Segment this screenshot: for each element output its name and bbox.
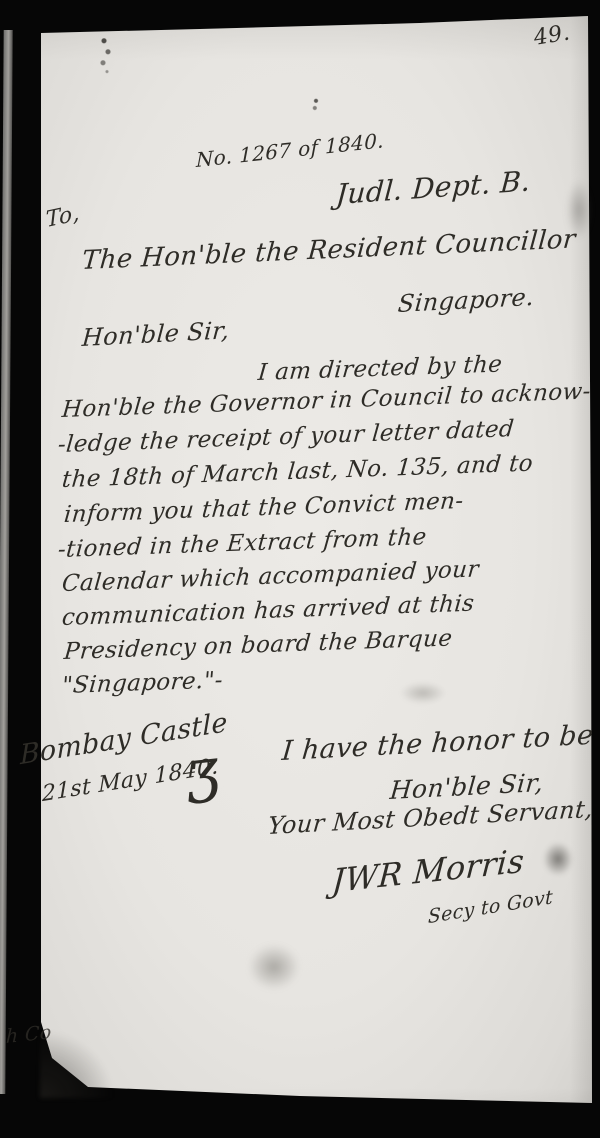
- docket-number: No. 1267 of 1840.: [196, 128, 384, 172]
- signature-title: Secy to Govt: [428, 886, 553, 928]
- folio-number: 49.: [532, 20, 572, 50]
- dateline-brace-flourish: ʒ: [183, 734, 223, 805]
- body-line: communication has arrived at this: [61, 591, 476, 631]
- address-place: Singapore.: [397, 283, 536, 318]
- address-to-word: To,: [45, 201, 80, 233]
- body-line: inform you that the Convict men-: [63, 488, 465, 528]
- body-line: Presidency on board the Barque: [63, 625, 454, 665]
- body-line: I am directed by the: [257, 351, 504, 386]
- body-line: -tioned in the Extract from the: [57, 524, 428, 563]
- body-line: "Singapore."-: [61, 667, 224, 699]
- scanned-letter-page: 49. No. 1267 of 1840. Judl. Dept. B. To,…: [0, 0, 600, 1138]
- address-recipient: The Hon'ble the Resident Councillor: [81, 224, 577, 276]
- body-line: -ledge the receipt of your letter dated: [57, 416, 515, 458]
- signature-name: JWR Morris: [331, 842, 526, 901]
- letter-content: 49. No. 1267 of 1840. Judl. Dept. B. To,…: [0, 0, 600, 1138]
- body-line: Calendar which accompanied your: [61, 556, 480, 597]
- body-line: the 18th of March last, No. 135, and to: [61, 451, 534, 494]
- salutation: Hon'ble Sir,: [81, 316, 230, 352]
- closing-line-1: I have the honor to be: [281, 720, 595, 768]
- margin-note: h Co: [6, 1021, 52, 1048]
- docket-department: Judl. Dept. B.: [335, 164, 532, 211]
